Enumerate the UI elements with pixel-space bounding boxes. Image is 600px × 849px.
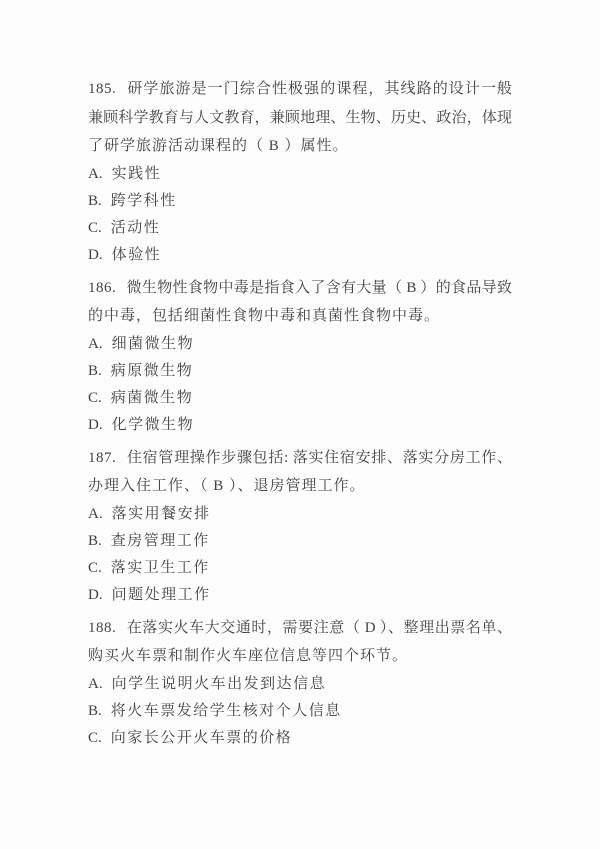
option-row: D.问题处理工作 xyxy=(88,582,512,609)
option-label: B. xyxy=(88,363,102,379)
option-label: A. xyxy=(88,676,103,692)
option-row: C.活动性 xyxy=(88,215,512,242)
option-label: D. xyxy=(88,587,103,603)
question-187: 187.住宿管理操作步骤包括: 落实住宿安排、落实分房工作、 办理入住工作、（ … xyxy=(88,444,512,609)
option-label: B. xyxy=(88,193,102,209)
option-label: A. xyxy=(88,166,103,182)
option-label: A. xyxy=(88,506,103,522)
option-text: 向学生说明火车出发到达信息 xyxy=(112,676,327,692)
option-label: C. xyxy=(88,730,102,746)
question-186: 186.微生物性食物中毒是指食入了含有大量（ B ）的食品导致 的中毒，包括细菌… xyxy=(88,274,512,439)
option-text: 化学微生物 xyxy=(112,417,195,433)
question-text-line: 的中毒，包括细菌性食物中毒和真菌性食物中毒。 xyxy=(88,302,512,331)
option-label: D. xyxy=(88,417,103,433)
question-first-line: 187.住宿管理操作步骤包括: 落实住宿安排、落实分房工作、 xyxy=(88,444,512,473)
question-first-line: 188.在落实火车大交通时，需要注意（ D ）、整理出票名单、 xyxy=(88,614,512,643)
option-row: D.化学微生物 xyxy=(88,412,512,439)
page-content: 185.研学旅游是一门综合性极强的课程，其线路的设计一般 兼顾科学教育与人文教育… xyxy=(88,75,512,752)
question-188: 188.在落实火车大交通时，需要注意（ D ）、整理出票名单、 购买火车票和制作… xyxy=(88,614,512,752)
question-text-line: 兼顾科学教育与人文教育，兼顾地理、生物、历史、政治，体现 xyxy=(88,104,512,133)
option-row: A.落实用餐安排 xyxy=(88,501,512,528)
option-text: 细菌微生物 xyxy=(112,336,195,352)
question-text-line: 住宿管理操作步骤包括: 落实住宿安排、落实分房工作、 xyxy=(126,450,512,466)
question-number: 186. xyxy=(88,280,116,296)
option-text: 落实用餐安排 xyxy=(112,506,211,522)
option-label: B. xyxy=(88,703,102,719)
question-number: 187. xyxy=(88,450,116,466)
option-text: 将火车票发给学生核对个人信息 xyxy=(111,703,342,719)
option-text: 落实卫生工作 xyxy=(111,560,210,576)
option-row: A.向学生说明火车出发到达信息 xyxy=(88,671,512,698)
option-text: 病原微生物 xyxy=(111,363,194,379)
question-text-line: 研学旅游是一门综合性极强的课程，其线路的设计一般 xyxy=(126,81,512,97)
option-text: 体验性 xyxy=(112,247,162,263)
option-label: C. xyxy=(88,390,102,406)
option-text: 病菌微生物 xyxy=(111,390,194,406)
question-text-line: 办理入住工作、（ B ）、退房管理工作。 xyxy=(88,472,512,501)
option-row: B.查房管理工作 xyxy=(88,528,512,555)
option-label: A. xyxy=(88,336,103,352)
question-text-line: 在落实火车大交通时，需要注意（ D ）、整理出票名单、 xyxy=(126,620,512,636)
option-row: C.落实卫生工作 xyxy=(88,555,512,582)
question-text-line: 了研学旅游活动课程的（ B ）属性。 xyxy=(88,132,512,161)
option-text: 向家长公开火车票的价格 xyxy=(111,730,293,746)
option-label: B. xyxy=(88,533,102,549)
option-row: B.病原微生物 xyxy=(88,358,512,385)
option-row: B.跨学科性 xyxy=(88,188,512,215)
option-row: B.将火车票发给学生核对个人信息 xyxy=(88,698,512,725)
question-number: 185. xyxy=(88,81,116,97)
option-row: D.体验性 xyxy=(88,242,512,269)
question-185: 185.研学旅游是一门综合性极强的课程，其线路的设计一般 兼顾科学教育与人文教育… xyxy=(88,75,512,269)
document-page: 185.研学旅游是一门综合性极强的课程，其线路的设计一般 兼顾科学教育与人文教育… xyxy=(0,0,600,849)
option-text: 问题处理工作 xyxy=(112,587,211,603)
option-row: C.病菌微生物 xyxy=(88,385,512,412)
question-first-line: 186.微生物性食物中毒是指食入了含有大量（ B ）的食品导致 xyxy=(88,274,512,303)
option-row: A.实践性 xyxy=(88,161,512,188)
question-number: 188. xyxy=(88,620,116,636)
option-label: D. xyxy=(88,247,103,263)
option-text: 活动性 xyxy=(111,220,161,236)
option-row: A.细菌微生物 xyxy=(88,331,512,358)
question-text-line: 微生物性食物中毒是指食入了含有大量（ B ）的食品导致 xyxy=(126,280,512,296)
option-row: C.向家长公开火车票的价格 xyxy=(88,725,512,752)
option-text: 跨学科性 xyxy=(111,193,177,209)
option-text: 实践性 xyxy=(112,166,162,182)
question-first-line: 185.研学旅游是一门综合性极强的课程，其线路的设计一般 xyxy=(88,75,512,104)
option-label: C. xyxy=(88,560,102,576)
option-label: C. xyxy=(88,220,102,236)
question-text-line: 购买火车票和制作火车座位信息等四个环节。 xyxy=(88,642,512,671)
option-text: 查房管理工作 xyxy=(111,533,210,549)
